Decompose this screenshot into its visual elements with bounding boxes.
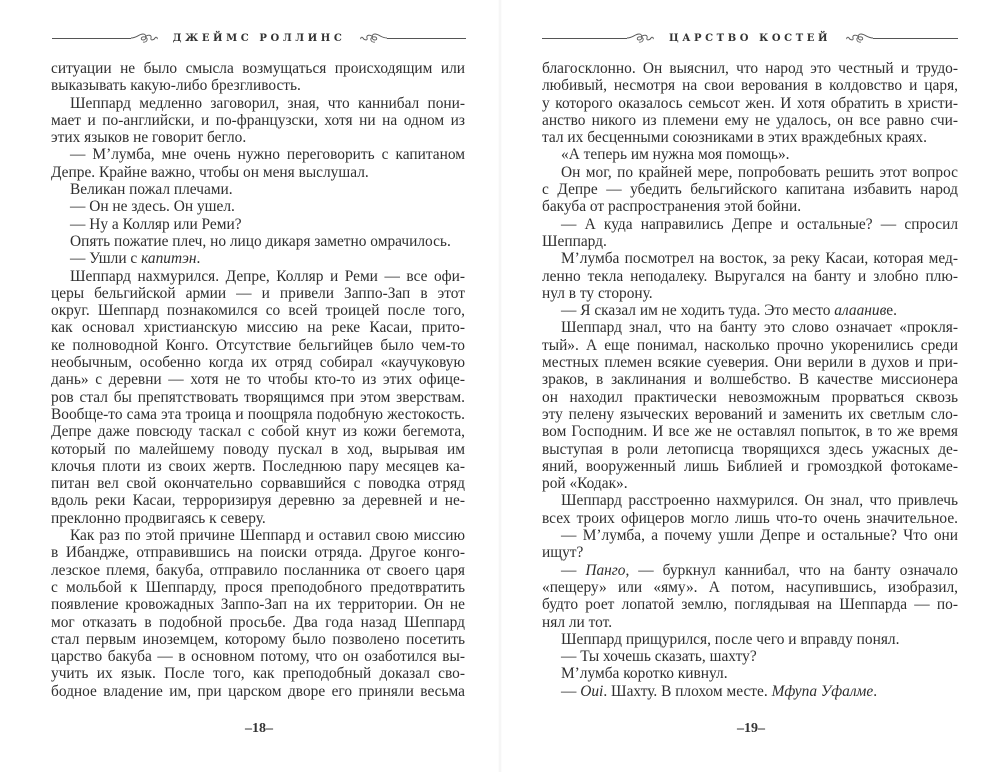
text-line: тал их бесценными союзниками в этих враж… bbox=[542, 129, 958, 146]
line-text: е. bbox=[886, 302, 897, 319]
text-line: — М’лумба, мне очень нужно переговорить … bbox=[51, 146, 465, 163]
text-line: церы бельгийской армии — и привели Заппо… bbox=[51, 285, 465, 302]
line-text: необычным, особенно когда их отряд собир… bbox=[51, 354, 465, 371]
left-page: ДЖЕЙМС РОЛЛИНС ситуации не было смысла в… bbox=[0, 0, 500, 772]
italic-text: Панго bbox=[585, 562, 625, 579]
line-text: . bbox=[873, 683, 877, 700]
line-text: Великан пожал плечами. bbox=[70, 181, 233, 198]
text-line: который по малейшему поводу пускал в ход… bbox=[51, 441, 465, 458]
line-text: — Он не здесь. Он ушел. bbox=[70, 198, 235, 215]
line-text: рой «Кодак». bbox=[542, 475, 628, 492]
line-text: тый». А еще понимал, насколько прочно ук… bbox=[542, 337, 958, 354]
text-line: — Ушли с капитэн. bbox=[51, 250, 465, 267]
line-text: мает и по-английски, и по-французски, хо… bbox=[51, 112, 465, 129]
text-line: Депре даже повсюду таскал с собой кнут и… bbox=[51, 423, 465, 440]
text-line: округ. Шеппард познакомился со всей трои… bbox=[51, 302, 465, 319]
text-line: мог отказать в подобной просьбе. Два год… bbox=[51, 614, 465, 631]
line-text: Шеппард прищурился, после чего и вправду… bbox=[561, 631, 899, 648]
line-text: лезское племя, бакуба, отправило посланн… bbox=[51, 562, 465, 579]
flourish-ornament-icon bbox=[131, 30, 159, 46]
line-text: . bbox=[197, 250, 201, 267]
italic-text: алаанив bbox=[834, 302, 886, 319]
text-line: ров стал бы препятствовать творящимся пр… bbox=[51, 389, 465, 406]
line-text: — Ты хочешь сказать, шахту? bbox=[561, 648, 757, 665]
running-head-title: ЦАРСТВО КОСТЕЙ bbox=[669, 33, 831, 44]
line-text: — Я сказал им не ходить туда. Это место bbox=[561, 302, 834, 319]
text-line: Шеппард прищурился, после чего и вправду… bbox=[542, 631, 958, 648]
line-text: местных племен всякие суеверия. Они вери… bbox=[542, 354, 958, 371]
text-line: появление кровожадных Заппо-Зап на их те… bbox=[51, 596, 465, 613]
line-text: ров стал бы препятствовать творящимся пр… bbox=[51, 389, 465, 406]
line-text: дань» с деревни — хотя не то чтобы кто-т… bbox=[51, 371, 465, 388]
line-text: зраков, в заклинания и волшебство. В кач… bbox=[542, 371, 958, 388]
text-line: Опять пожатие плеч, но лицо дикаря замет… bbox=[51, 233, 465, 250]
line-text: стал первым иноземцем, которому было поз… bbox=[51, 631, 465, 648]
text-line: местных племен всякие суеверия. Они вери… bbox=[542, 354, 958, 371]
flourish-ornament-icon bbox=[627, 30, 655, 46]
line-text: будто роет лопатой землю, поглядывая на … bbox=[542, 596, 958, 613]
line-text: ищут? bbox=[542, 544, 583, 561]
line-text: — bbox=[561, 562, 585, 579]
running-head: ЦАРСТВО КОСТЕЙ bbox=[542, 28, 958, 48]
text-line: он находил практически невозможным прорв… bbox=[542, 389, 958, 406]
text-line: зраков, в заклинания и волшебство. В кач… bbox=[542, 371, 958, 388]
flourish-ornament-icon bbox=[359, 30, 387, 46]
body-text: ситуации не было смысла возмущаться прои… bbox=[51, 60, 465, 700]
header-rule bbox=[873, 38, 958, 39]
header-rule bbox=[387, 38, 466, 39]
line-text: «пещеру» или «яму». А потом, насупившись… bbox=[542, 579, 958, 596]
text-line: нул в ту сторону. bbox=[542, 285, 958, 302]
line-text: мог отказать в подобной просьбе. Два год… bbox=[51, 614, 465, 631]
line-text: эту пелену языческих верований и заменит… bbox=[542, 406, 958, 423]
text-line: — Ну а Колляр или Реми? bbox=[51, 216, 465, 233]
line-text: который по малейшему поводу пускал в ход… bbox=[51, 441, 465, 458]
text-line: нял ли тот. bbox=[542, 614, 958, 631]
header-rule bbox=[52, 38, 131, 39]
line-text: Опять пожатие плеч, но лицо дикаря замет… bbox=[70, 233, 451, 250]
line-text: ситуации не было смысла возмущаться прои… bbox=[51, 60, 465, 77]
text-line: — Oui. Шахту. В плохом месте. Мфупа Уфал… bbox=[542, 683, 958, 700]
text-line: выступая в роли летописца творящихся зде… bbox=[542, 441, 958, 458]
line-text: он находил практически невозможным прорв… bbox=[542, 389, 958, 406]
text-line: Шеппард. bbox=[542, 233, 958, 250]
text-line: Шеппард нахмурился. Депре, Колляр и Реми… bbox=[51, 268, 465, 285]
line-text: Вообще-то сама эта троица и поощряла под… bbox=[51, 406, 465, 423]
line-text: «А теперь им нужна моя помощь». bbox=[561, 146, 790, 163]
text-line: Шеппард расстроенно нахмурился. Он знал,… bbox=[542, 492, 958, 509]
line-text: анство никого из племени ему не удалось,… bbox=[542, 112, 958, 129]
text-line: будто роет лопатой землю, поглядывая на … bbox=[542, 596, 958, 613]
line-text: Шеппард. bbox=[542, 233, 607, 250]
line-text: преклонно продвигаясь к северу. bbox=[51, 510, 266, 527]
line-text: церы бельгийской армии — и привели Заппо… bbox=[51, 285, 465, 302]
line-text: — М’лумба, а почему ушли Депре и остальн… bbox=[561, 527, 958, 544]
line-text: — Ну а Колляр или Реми? bbox=[70, 216, 242, 233]
line-text: царство бакуба — в основном потому, что … bbox=[51, 648, 465, 665]
text-line: преклонно продвигаясь к северу. bbox=[51, 510, 465, 527]
line-text: — bbox=[561, 683, 580, 700]
line-text: питан вел свой окончательно сорвавшийся … bbox=[51, 475, 465, 492]
line-text: клочья плоти из своих жертв. Последнюю п… bbox=[51, 458, 465, 475]
line-text: с Депре — убедить бельгийского капитана … bbox=[542, 181, 958, 198]
text-line: дань» с деревни — хотя не то чтобы кто-т… bbox=[51, 371, 465, 388]
line-text: Депре даже повсюду таскал с собой кнут и… bbox=[51, 423, 465, 440]
text-line: с мольбой к Шеппарду, прося преподобного… bbox=[51, 579, 465, 596]
text-line: анство никого из племени ему не удалось,… bbox=[542, 112, 958, 129]
line-text: Шеппард медленно заговорил, зная, что ка… bbox=[70, 95, 465, 112]
text-line: рой «Кодак». bbox=[542, 475, 958, 492]
text-line: бакуба от распространения этой бойни. bbox=[542, 198, 958, 215]
text-line: тый». А еще понимал, насколько прочно ук… bbox=[542, 337, 958, 354]
text-line: учить их язык. После того, как преподобн… bbox=[51, 665, 465, 682]
line-text: нял ли тот. bbox=[542, 614, 612, 631]
line-text: яний, вооруженный лишь Библией и громозд… bbox=[542, 458, 958, 475]
text-line: «пещеру» или «яму». А потом, насупившись… bbox=[542, 579, 958, 596]
text-line: Депре. Крайне важно, чтобы он меня выслу… bbox=[51, 164, 465, 181]
line-text: появление кровожадных Заппо-Зап на их те… bbox=[51, 596, 465, 613]
text-line: питан вел свой окончательно сорвавшийся … bbox=[51, 475, 465, 492]
running-head: ДЖЕЙМС РОЛЛИНС bbox=[52, 28, 466, 48]
header-rule bbox=[542, 38, 627, 39]
text-line: М’лумба коротко кивнул. bbox=[542, 665, 958, 682]
text-line: Он мог, по крайней мере, попробовать реш… bbox=[542, 164, 958, 181]
line-text: нул в ту сторону. bbox=[542, 285, 653, 302]
italic-text: Oui bbox=[580, 683, 603, 700]
text-line: — М’лумба, а почему ушли Депре и остальн… bbox=[542, 527, 958, 544]
line-text: Шеппард расстроенно нахмурился. Он знал,… bbox=[561, 492, 958, 509]
line-text: — А куда направились Депре и остальные? … bbox=[561, 216, 958, 233]
right-page: ЦАРСТВО КОСТЕЙ благосклонно. Он выяснил,… bbox=[500, 0, 1000, 772]
line-text: этих языков не говорит бегло. bbox=[51, 129, 246, 146]
italic-text: капитэн bbox=[141, 250, 196, 267]
line-text: — М’лумба, мне очень нужно переговорить … bbox=[70, 146, 465, 163]
text-line: стал первым иноземцем, которому было поз… bbox=[51, 631, 465, 648]
line-text: тал их бесценными союзниками в этих враж… bbox=[542, 129, 927, 146]
line-text: Шеппард знал, что на банту это слово озн… bbox=[561, 319, 958, 336]
line-text: округ. Шеппард познакомился со всей трои… bbox=[51, 302, 465, 319]
line-text: Шеппард нахмурился. Депре, Колляр и Реми… bbox=[70, 268, 465, 285]
text-line: лезское племя, бакуба, отправило посланн… bbox=[51, 562, 465, 579]
text-line: выказывать какую-либо брезгливость. bbox=[51, 77, 465, 94]
text-line: — А куда направились Депре и остальные? … bbox=[542, 216, 958, 233]
text-line: в Ибандже, отправившись на поиски отряда… bbox=[51, 544, 465, 561]
text-line: этих языков не говорит бегло. bbox=[51, 129, 465, 146]
text-line: клочья плоти из своих жертв. Последнюю п… bbox=[51, 458, 465, 475]
line-text: Он мог, по крайней мере, попробовать реш… bbox=[561, 164, 958, 181]
page-number: –18– bbox=[229, 721, 289, 737]
text-line: Как раз по этой причине Шеппард и остави… bbox=[51, 527, 465, 544]
text-line: Вообще-то сама эта троица и поощряла под… bbox=[51, 406, 465, 423]
text-line: — Я сказал им не ходить туда. Это место … bbox=[542, 302, 958, 319]
line-text: Депре. Крайне важно, чтобы он меня выслу… bbox=[51, 164, 369, 181]
text-line: — Панго, — буркнул каннибал, что на бант… bbox=[542, 562, 958, 579]
text-line: любивый, несмотря на свои верования в ко… bbox=[542, 77, 958, 94]
line-text: выступая в роли летописца творящихся зде… bbox=[542, 441, 958, 458]
line-text: бакуба от распространения этой бойни. bbox=[542, 198, 801, 215]
text-line: царство бакуба — в основном потому, что … bbox=[51, 648, 465, 665]
text-line: с Депре — убедить бельгийского капитана … bbox=[542, 181, 958, 198]
line-text: М’лумба посмотрел на восток, за реку Кас… bbox=[561, 250, 958, 267]
text-line: ленно текла неподалеку. Выругался на бан… bbox=[542, 268, 958, 285]
text-line: яний, вооруженный лишь Библией и громозд… bbox=[542, 458, 958, 475]
text-line: Шеппард медленно заговорил, зная, что ка… bbox=[51, 95, 465, 112]
text-line: М’лумба посмотрел на восток, за реку Кас… bbox=[542, 250, 958, 267]
text-line: ситуации не было смысла возмущаться прои… bbox=[51, 60, 465, 77]
text-line: мает и по-английски, и по-французски, хо… bbox=[51, 112, 465, 129]
text-line: у которого оказалось семьсот жен. И хотя… bbox=[542, 95, 958, 112]
line-text: с мольбой к Шеппарду, прося преподобного… bbox=[51, 579, 465, 596]
line-text: М’лумба коротко кивнул. bbox=[561, 665, 728, 682]
text-line: вом Господним. И все же не оставлял попы… bbox=[542, 423, 958, 440]
line-text: . Шахту. В плохом месте. bbox=[603, 683, 771, 700]
text-line: эту пелену языческих верований и заменит… bbox=[542, 406, 958, 423]
flourish-ornament-icon bbox=[845, 30, 873, 46]
line-text: бодное владение им, при царском дворе ег… bbox=[51, 683, 465, 700]
text-line: «А теперь им нужна моя помощь». bbox=[542, 146, 958, 163]
line-text: Как раз по этой причине Шеппард и остави… bbox=[70, 527, 465, 544]
line-text: вом Господним. И все же не оставлял попы… bbox=[542, 423, 958, 440]
text-line: ищут? bbox=[542, 544, 958, 561]
line-text: у которого оказалось семьсот жен. И хотя… bbox=[542, 95, 958, 112]
line-text: ленно текла неподалеку. Выругался на бан… bbox=[542, 268, 958, 285]
text-line: Шеппард знал, что на банту это слово озн… bbox=[542, 319, 958, 336]
text-line: всех троих офицеров могло лишь что-то оч… bbox=[542, 510, 958, 527]
line-text: благосклонно. Он выяснил, что народ это … bbox=[542, 60, 958, 77]
text-line: как основал христианскую миссию на реке … bbox=[51, 319, 465, 336]
line-text: выказывать какую-либо брезгливость. bbox=[51, 77, 301, 94]
text-line: бодное владение им, при царском дворе ег… bbox=[51, 683, 465, 700]
text-line: необычным, особенно когда их отряд собир… bbox=[51, 354, 465, 371]
text-line: благосклонно. Он выяснил, что народ это … bbox=[542, 60, 958, 77]
line-text: ке полноводной Конго. Отсутствие бельгий… bbox=[51, 337, 465, 354]
line-text: в Ибандже, отправившись на поиски отряда… bbox=[51, 544, 465, 561]
italic-text: Мфупа Уфалме bbox=[772, 683, 874, 700]
running-head-title: ДЖЕЙМС РОЛЛИНС bbox=[173, 33, 346, 44]
line-text: — Ушли с bbox=[70, 250, 141, 267]
line-text: вдоль реки Касаи, терроризируя деревню з… bbox=[51, 492, 465, 509]
text-line: — Он не здесь. Он ушел. bbox=[51, 198, 465, 215]
text-line: Великан пожал плечами. bbox=[51, 181, 465, 198]
body-text: благосклонно. Он выяснил, что народ это … bbox=[542, 60, 958, 700]
text-line: — Ты хочешь сказать, шахту? bbox=[542, 648, 958, 665]
text-line: ке полноводной Конго. Отсутствие бельгий… bbox=[51, 337, 465, 354]
page-number: –19– bbox=[721, 721, 781, 737]
line-text: учить их язык. После того, как преподобн… bbox=[51, 665, 465, 682]
line-text: любивый, несмотря на свои верования в ко… bbox=[542, 77, 958, 94]
text-line: вдоль реки Касаи, терроризируя деревню з… bbox=[51, 492, 465, 509]
line-text: , — буркнул каннибал, что на банту означ… bbox=[626, 562, 959, 579]
line-text: всех троих офицеров могло лишь что-то оч… bbox=[542, 510, 958, 527]
line-text: как основал христианскую миссию на реке … bbox=[51, 319, 465, 336]
